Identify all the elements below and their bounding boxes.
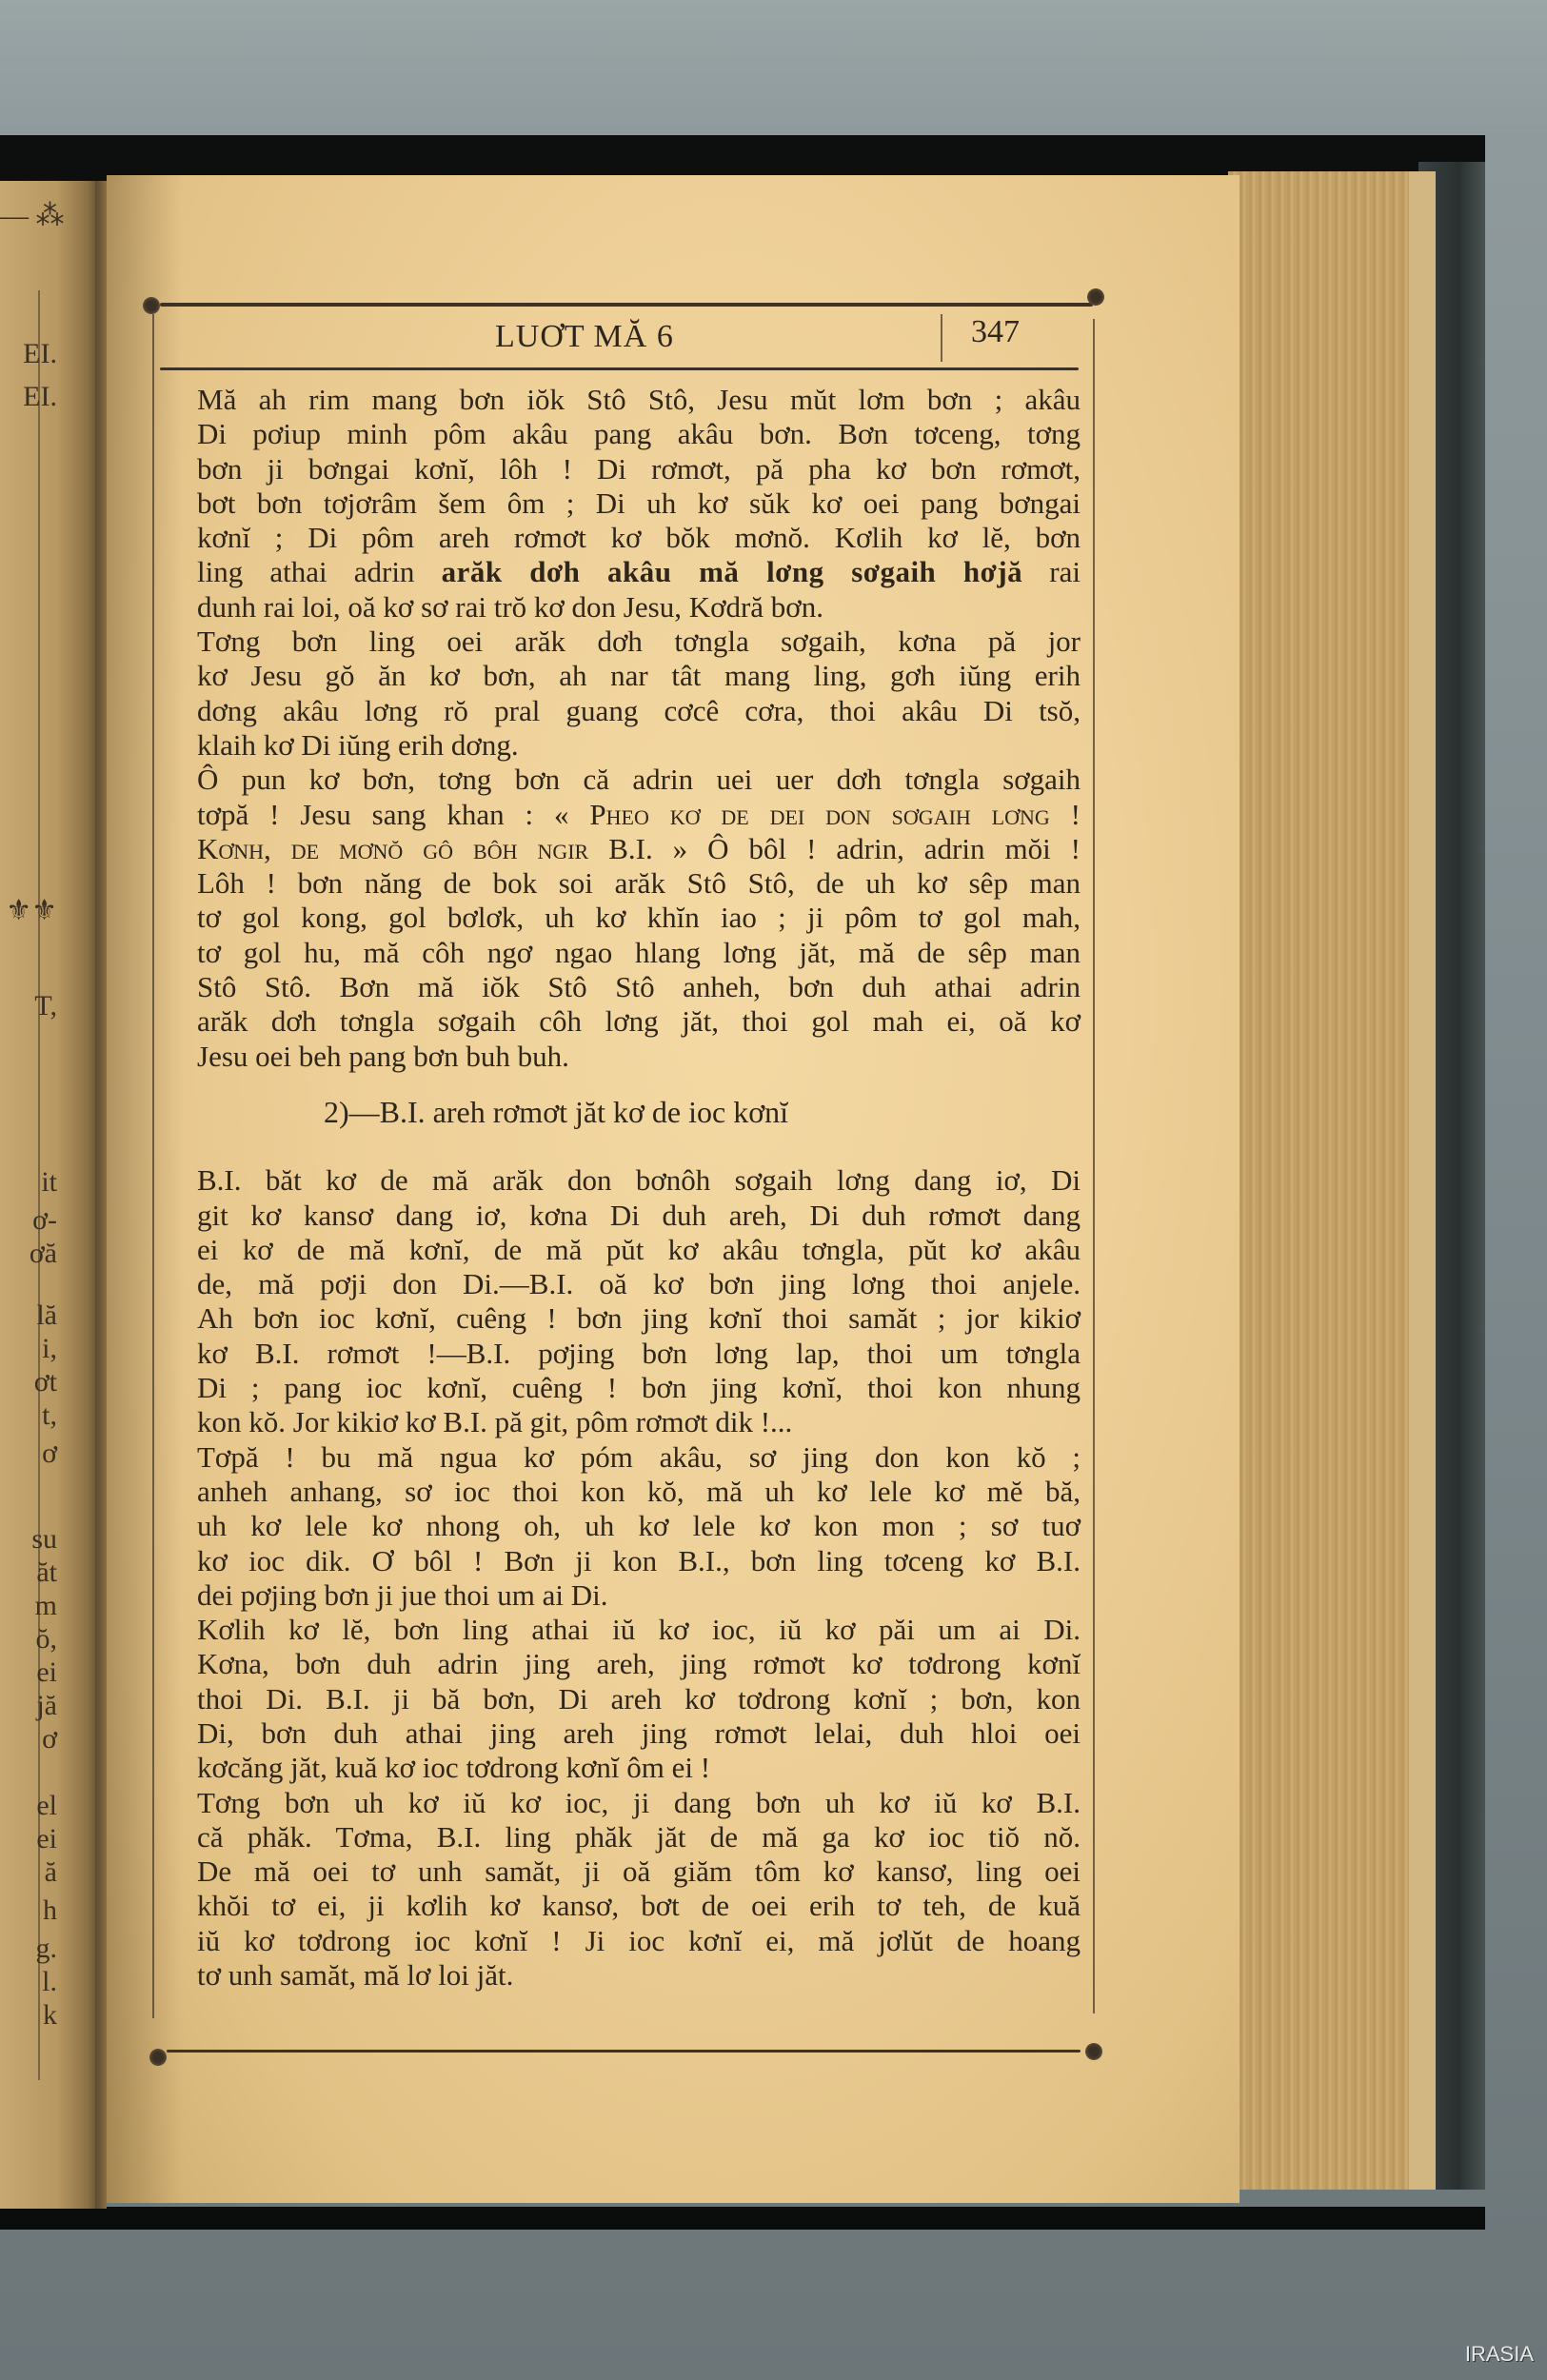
text-line: dei pơjing bơn ji jue thoi um ai Di. — [167, 1578, 1081, 1613]
body-text: Mă ah rim mang bơn iŏk Stô Stô, Jesu mŭt… — [167, 383, 1081, 1993]
text-line: Tơng bơn ling oei arăk dơh tơngla sơgaih… — [167, 625, 1081, 659]
small-caps-quote: Pheo kơ de dei don sơgaih lơng ! — [589, 798, 1081, 831]
text-run: tơpă ! Jesu sang khan : « — [197, 798, 589, 831]
ornament-flower-icon — [149, 2049, 167, 2066]
text-line: thoi Di. B.I. ji bă bơn, Di areh kơ tơdr… — [167, 1682, 1081, 1716]
left-page-fragment-text: h — [0, 1894, 57, 1927]
text-line: Tơng bơn uh kơ iŭ kơ ioc, ji dang bơn uh… — [167, 1786, 1081, 1820]
paragraph-3: Ô pun kơ bơn, tơng bơn că adrin uei uer … — [167, 763, 1081, 1074]
left-page-fragment-text: — ⁂ — [0, 200, 57, 232]
ornament-flower-icon — [1085, 2043, 1102, 2060]
paragraph-7: Tơng bơn uh kơ iŭ kơ ioc, ji dang bơn uh… — [167, 1786, 1081, 1993]
left-page-fragment-text: T, — [0, 990, 57, 1022]
left-page-fragment-text: m — [0, 1590, 57, 1622]
header-divider — [941, 314, 942, 362]
text-line: arăk dơh tơngla sơgaih côh lơng jăt, tho… — [167, 1004, 1081, 1039]
left-border-rule — [152, 314, 154, 2018]
text-line: Di ; pang ioc kơnĭ, cuêng ! bơn jing kơn… — [167, 1371, 1081, 1405]
left-page-fragment-text: i, — [0, 1333, 57, 1365]
left-page-fragment-text: l. — [0, 1966, 57, 1998]
paragraph-2: Tơng bơn ling oei arăk dơh tơngla sơgaih… — [167, 625, 1081, 763]
bottom-rule — [167, 2050, 1081, 2053]
left-page-fragment-text: su — [0, 1523, 57, 1556]
text-line: kon kŏ. Jor kikiơ kơ B.I. pă git, pôm rơ… — [167, 1405, 1081, 1439]
ornament-flower-icon — [1087, 288, 1104, 306]
text-line: bơn ji bơngai kơnĭ, lôh ! Di rơmơt, pă p… — [167, 452, 1081, 486]
text-line: kơ Jesu gŏ ăn kơ bơn, ah nar tât mang li… — [167, 659, 1081, 693]
text-line: Kơlih kơ lĕ, bơn ling athai iŭ kơ ioc, i… — [167, 1613, 1081, 1647]
text-line: bơt bơn tơjơrâm šem ôm ; Di uh kơ sŭk kơ… — [167, 486, 1081, 521]
left-page-fragment-text: el — [0, 1790, 57, 1822]
text-line: că phăk. Tơma, B.I. ling phăk jăt de mă … — [167, 1820, 1081, 1854]
text-line: ling athai adrin arăk dơh akâu mă lơng s… — [167, 555, 1081, 589]
paragraph-5: Tơpă ! bu mă ngua kơ póm akâu, sơ jing d… — [167, 1440, 1081, 1613]
text-line: dơng akâu lơng rŏ pral guang cơcê cơra, … — [167, 694, 1081, 728]
left-page-fragment-text: ă — [0, 1856, 57, 1889]
left-page-fragment-text: ơ — [0, 1723, 57, 1755]
text-line: Ô pun kơ bơn, tơng bơn că adrin uei uer … — [167, 763, 1081, 797]
text-line: Lôh ! bơn năng de bok soi arăk Stô Stô, … — [167, 866, 1081, 901]
text-line: anheh anhang, sơ ioc thoi kon kŏ, mă uh … — [167, 1475, 1081, 1509]
page-stack-edges — [1228, 171, 1436, 2190]
left-page-fragment-text: ⚜⚜ — [0, 895, 57, 927]
text-line: Di pơiup minh pôm akâu pang akâu bơn. Bơ… — [167, 417, 1081, 451]
text-line: Tơpă ! bu mă ngua kơ póm akâu, sơ jing d… — [167, 1440, 1081, 1475]
text-line: kơnĭ ; Di pôm areh rơmơt kơ bŏk mơnŏ. Kơ… — [167, 521, 1081, 555]
header-rule — [160, 367, 1079, 370]
left-page-fragment-text: it — [0, 1166, 57, 1199]
text-line: tơ gol hu, mă côh ngơ ngao hlang lơng jă… — [167, 936, 1081, 970]
text-line: tơ unh samăt, mă lơ loi jăt. — [167, 1958, 1081, 1993]
text-run: rai — [1022, 555, 1081, 588]
left-page-fragment: — ⁂EI.EI.⚜⚜T,itơ-ơălăi,ơtt,ơsuătmŏ,eijăơ… — [0, 181, 95, 2209]
text-line: kơcăng jăt, kuă kơ ioc tơdrong kơnĭ ôm e… — [167, 1751, 1081, 1785]
text-line: tơ gol kong, gol bơlơk, uh kơ khĭn iao ;… — [167, 901, 1081, 935]
section-title: 2)—B.I. areh rơmơt jăt kơ de ioc kơnĭ — [167, 1095, 1081, 1129]
text-line: Kơnh, de mơnŏ gô bôh ngir B.I. » Ô bôl !… — [167, 832, 1081, 866]
text-line: de, mă pơji don Di.—B.I. oă kơ bơn jing … — [167, 1267, 1081, 1301]
bold-emphasis: arăk dơh akâu mă lơng sơgaih hơjă — [442, 555, 1023, 588]
text-line: De mă oei tơ unh samăt, ji oă giăm tôm k… — [167, 1854, 1081, 1889]
text-line: Stô Stô. Bơn mă iŏk Stô Stô anheh, bơn d… — [167, 970, 1081, 1004]
text-run: ling athai adrin — [197, 555, 442, 588]
paragraph-4: B.I. băt kơ de mă arăk don bơnôh sơgaih … — [167, 1163, 1081, 1439]
left-page-fragment-text: lă — [0, 1299, 57, 1332]
text-line: B.I. băt kơ de mă arăk don bơnôh sơgaih … — [167, 1163, 1081, 1198]
left-page-fragment-text: EI. — [0, 338, 57, 370]
text-line: khŏi tơ ei, ji kơlih kơ kansơ, bơt de oe… — [167, 1889, 1081, 1923]
text-line: Kơna, bơn duh adrin jing areh, jing rơmơ… — [167, 1647, 1081, 1681]
left-page-fragment-text: EI. — [0, 381, 57, 413]
text-line: dunh rai loi, oă kơ sơ rai trŏ kơ don Je… — [167, 590, 1081, 625]
left-page-fragment-text: ăt — [0, 1557, 57, 1589]
paragraph-6: Kơlih kơ lĕ, bơn ling athai iŭ kơ ioc, i… — [167, 1613, 1081, 1785]
left-page-fragment-text: t, — [0, 1399, 57, 1432]
page-number: 347 — [971, 314, 1020, 350]
left-page-fragment-text: jă — [0, 1690, 57, 1722]
paragraph-1: Mă ah rim mang bơn iŏk Stô Stô, Jesu mŭt… — [167, 383, 1081, 625]
text-line: tơpă ! Jesu sang khan : « Pheo kơ de dei… — [167, 798, 1081, 832]
left-page-fragment-text: ơt — [0, 1366, 57, 1398]
text-line: Ah bơn ioc kơnĭ, cuêng ! bơn jing kơnĭ t… — [167, 1301, 1081, 1336]
text-line: git kơ kansơ dang iơ, kơna Di duh areh, … — [167, 1199, 1081, 1233]
text-line: kơ B.I. rơmơt !—B.I. pơjing bơn lơng lap… — [167, 1337, 1081, 1371]
left-page-fragment-text: g. — [0, 1933, 57, 1965]
text-line: iŭ kơ tơdrong ioc kơnĭ ! Ji ioc kơnĭ ei,… — [167, 1924, 1081, 1958]
left-page-fragment-text: ơă — [0, 1238, 57, 1270]
text-line: Mă ah rim mang bơn iŏk Stô Stô, Jesu mŭt… — [167, 383, 1081, 417]
text-line: Di, bơn duh athai jing areh jing rơmơt l… — [167, 1716, 1081, 1751]
text-line: uh kơ lele kơ nhong oh, uh kơ lele kơ ko… — [167, 1509, 1081, 1543]
book-cover-bottom-edge — [0, 2207, 1485, 2230]
text-line: Jesu oei beh pang bơn buh buh. — [167, 1040, 1081, 1074]
watermark: IRASIA — [1465, 2342, 1534, 2367]
text-run: B.I. » Ô bôl ! adrin, adrin mŏi ! — [588, 832, 1081, 865]
running-head: LUƠT MĂ 6 — [495, 319, 674, 355]
book-gutter — [95, 181, 107, 2209]
text-line: kơ ioc dik. Ơ bôl ! Bơn ji kon B.I., bơn… — [167, 1544, 1081, 1578]
small-caps-quote: Kơnh, de mơnŏ gô bôh ngir — [197, 832, 588, 865]
text-line: ei kơ de mă kơnĭ, de mă pŭt kơ akâu tơng… — [167, 1233, 1081, 1267]
ornament-flower-icon — [143, 297, 160, 314]
left-page-fragment-text: ơ- — [0, 1204, 57, 1237]
right-border-rule — [1093, 319, 1095, 2013]
left-page-fragment-text: ei — [0, 1656, 57, 1689]
top-rule — [160, 303, 1093, 307]
left-page-fragment-text: ŏ, — [0, 1623, 57, 1656]
left-page-fragment-text: ơ — [0, 1438, 57, 1470]
left-page-fragment-text: k — [0, 1999, 57, 2032]
text-line: klaih kơ Di iŭng erih dơng. — [167, 728, 1081, 763]
left-page-fragment-text: ei — [0, 1823, 57, 1855]
